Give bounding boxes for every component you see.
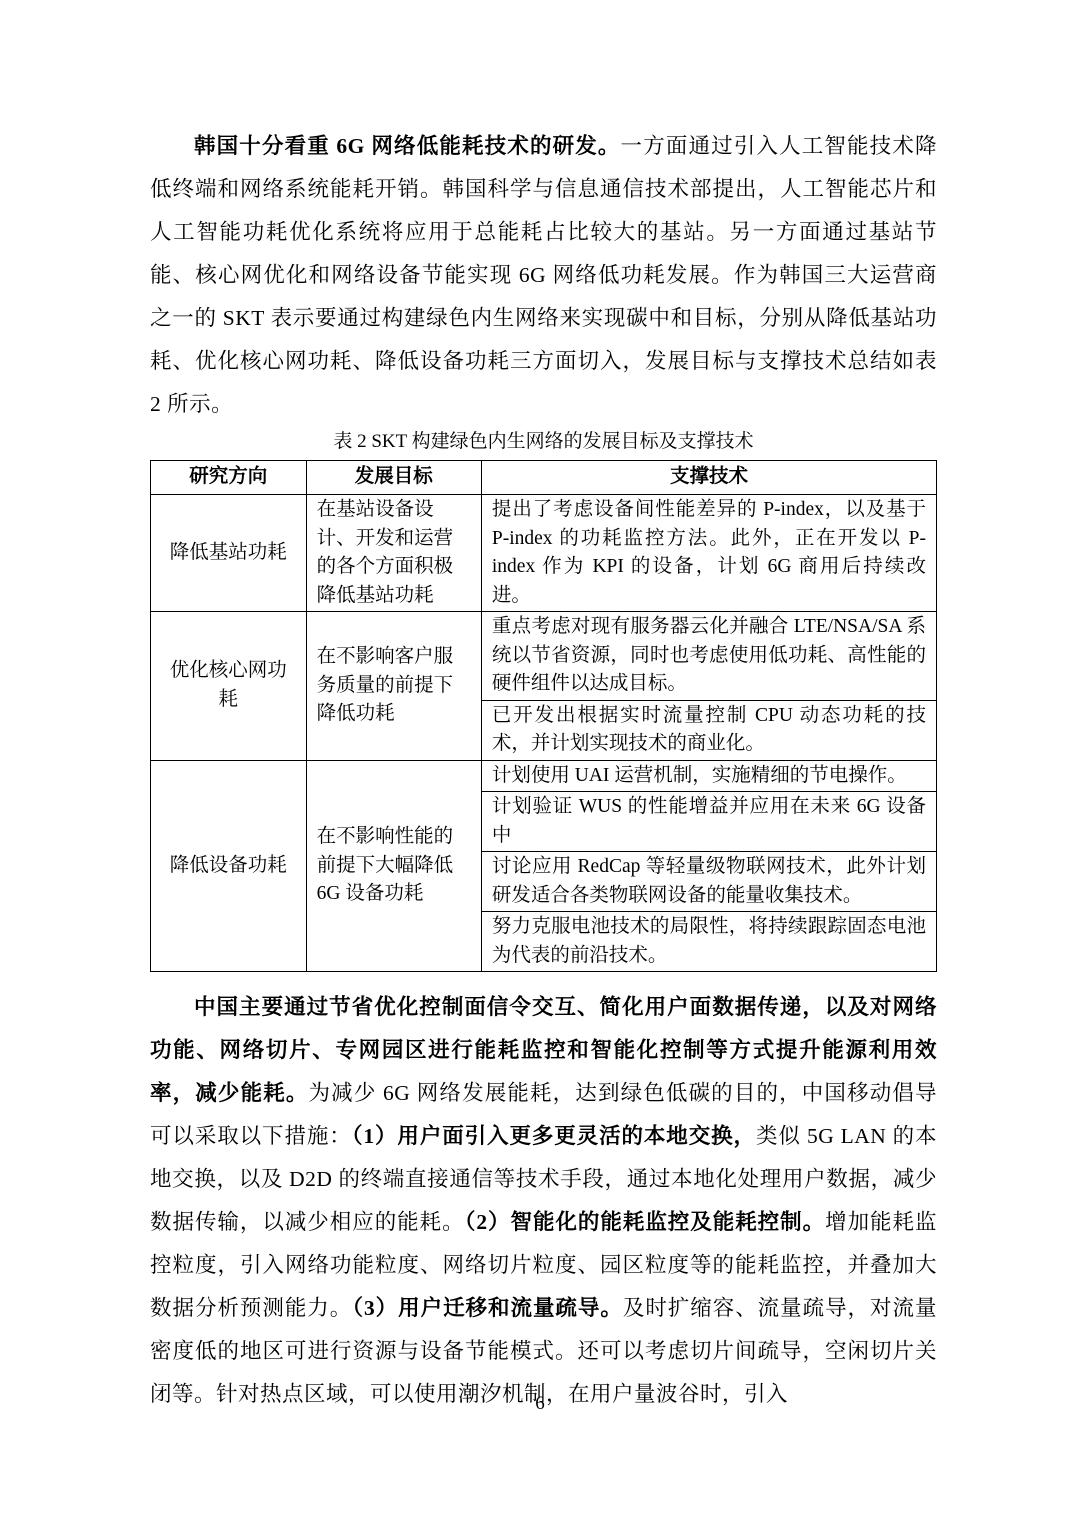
cell-tech-battery: 努力克服电池技术的局限性，将持续跟踪固态电池为代表的前沿技术。 [481, 912, 936, 972]
cell-tech-p-index: 提出了考虑设备间性能差异的 P-index，以及基于 P-index 的功耗监控… [481, 495, 936, 612]
paragraph-korea-body-text: 一方面通过引入人工智能技术降低终端和网络系统能耗开销。韩国科学与信息通信技术部提… [150, 134, 937, 416]
paragraph-korea: 韩国十分看重 6G 网络低能耗技术的研发。一方面通过引入人工智能技术降低终端和网… [150, 125, 937, 426]
document-page: 韩国十分看重 6G 网络低能耗技术的研发。一方面通过引入人工智能技术降低终端和网… [0, 0, 1080, 1527]
cell-tech-cpu-dynamic-power: 已开发出根据实时流量控制 CPU 动态功耗的技术，并计划实现技术的商业化。 [481, 700, 936, 760]
cell-tech-wus: 计划验证 WUS 的性能增益并应用在未来 6G 设备中 [481, 792, 936, 852]
cell-tech-cloudification: 重点考虑对现有服务器云化并融合 LTE/NSA/SA 系统以节省资源，同时也考虑… [481, 612, 936, 701]
paragraph-korea-lead-sentence: 韩国十分看重 6G 网络低能耗技术的研发。 [194, 134, 621, 158]
page-number: 6 [0, 1393, 1080, 1415]
skt-green-network-table: 研究方向 发展目标 支撑技术 降低基站功耗 在基站设备设计、开发和运营的各个方面… [150, 460, 937, 972]
measure-1-title: （1）用户面引入更多更灵活的本地交换， [352, 1124, 756, 1148]
measure-2-title: （2）智能化的能耗监控及能耗控制。 [465, 1210, 826, 1234]
measure-3-title: （3）用户迁移和流量疏导。 [352, 1296, 623, 1320]
cell-direction-device: 降低设备功耗 [151, 760, 307, 972]
cell-goal-base-station: 在基站设备设计、开发和运营的各个方面积极降低基站功耗 [306, 495, 481, 612]
cell-goal-core-network: 在不影响客户服务质量的前提下降低功耗 [306, 612, 481, 761]
header-supporting-technology: 支撑技术 [481, 461, 936, 495]
cell-direction-base-station: 降低基站功耗 [151, 495, 307, 612]
header-research-direction: 研究方向 [151, 461, 307, 495]
cell-tech-uai: 计划使用 UAI 运营机制，实施精细的节电操作。 [481, 760, 936, 792]
header-development-goal: 发展目标 [306, 461, 481, 495]
cell-goal-device: 在不影响性能的前提下大幅降低 6G 设备功耗 [306, 760, 481, 972]
cell-tech-redcap: 讨论应用 RedCap 等轻量级物联网技术，此外计划研发适合各类物联网设备的能量… [481, 852, 936, 912]
table-caption: 表 2 SKT 构建绿色内生网络的发展目标及支撑技术 [150, 429, 937, 455]
paragraph-china: 中国主要通过节省优化控制面信令交互、简化用户面数据传递，以及对网络功能、网络切片… [150, 986, 937, 1416]
table-row: 优化核心网功耗 在不影响客户服务质量的前提下降低功耗 重点考虑对现有服务器云化并… [151, 612, 937, 701]
table-row: 降低基站功耗 在基站设备设计、开发和运营的各个方面积极降低基站功耗 提出了考虑设… [151, 495, 937, 612]
table-header-row: 研究方向 发展目标 支撑技术 [151, 461, 937, 495]
cell-direction-core-network: 优化核心网功耗 [151, 612, 307, 761]
table-row: 降低设备功耗 在不影响性能的前提下大幅降低 6G 设备功耗 计划使用 UAI 运… [151, 760, 937, 792]
